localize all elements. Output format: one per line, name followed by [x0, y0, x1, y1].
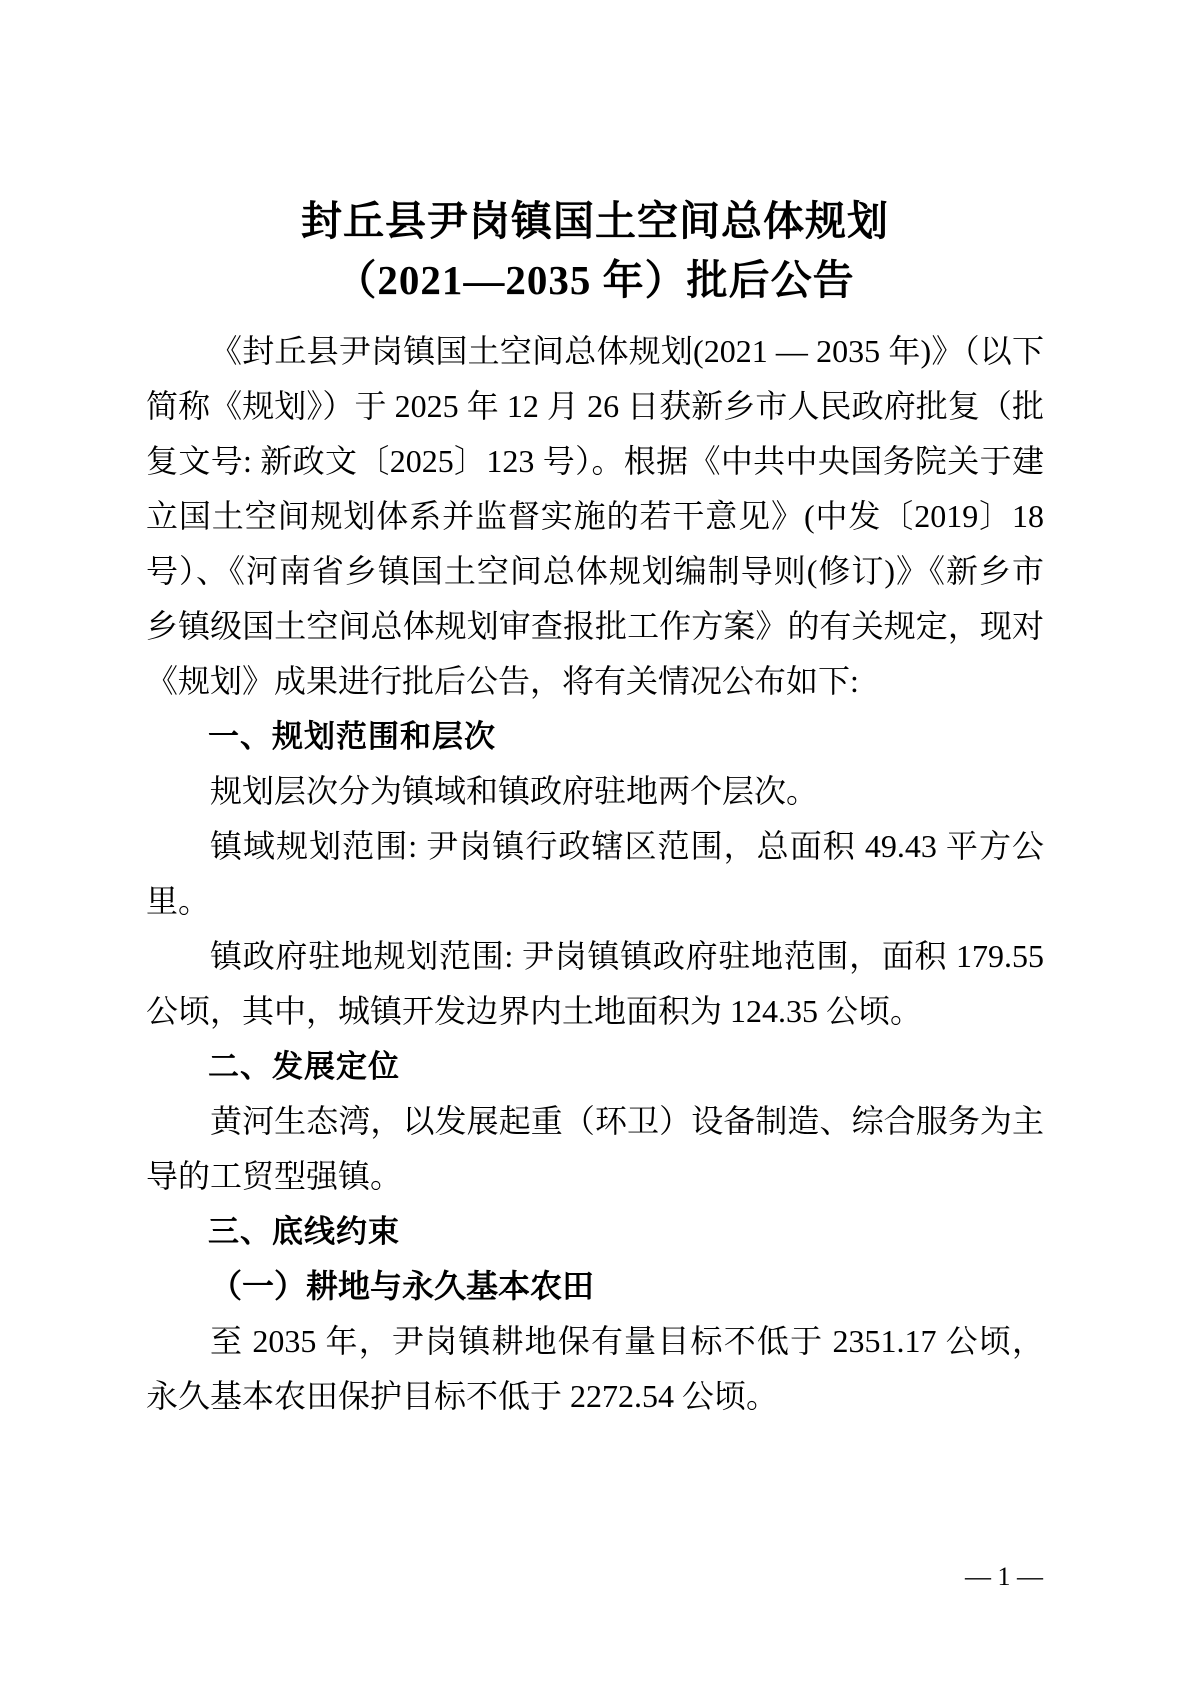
document-page: 封丘县尹岗镇国土空间总体规划 （2021—2035 年）批后公告 《封丘县尹岗镇…: [0, 0, 1190, 1683]
document-title-line2: （2021—2035 年）批后公告: [335, 257, 854, 303]
paragraph-development-position: 黄河生态湾，以发展起重（环卫）设备制造、综合服务为主导的工贸型强镇。: [146, 1094, 1044, 1204]
paragraph-seat-scope: 镇政府驻地规划范围: 尹岗镇镇政府驻地范围，面积 179.55 公顷，其中，城镇…: [146, 929, 1044, 1039]
paragraph-farmland-targets: 至 2035 年，尹岗镇耕地保有量目标不低于 2351.17 公顷，永久基本农田…: [146, 1314, 1044, 1424]
document-content: 封丘县尹岗镇国土空间总体规划 （2021—2035 年）批后公告 《封丘县尹岗镇…: [146, 192, 1044, 1424]
paragraph-town-scope: 镇域规划范围: 尹岗镇行政辖区范围，总面积 49.43 平方公里。: [146, 819, 1044, 929]
paragraph-intro: 《封丘县尹岗镇国土空间总体规划(2021 — 2035 年)》（以下简称《规划》…: [146, 324, 1044, 709]
document-title: 封丘县尹岗镇国土空间总体规划 （2021—2035 年）批后公告: [146, 192, 1044, 310]
section-heading-3: 三、底线约束: [146, 1204, 1044, 1259]
subsection-heading-farmland: （一）耕地与永久基本农田: [146, 1259, 1044, 1314]
document-title-line1: 封丘县尹岗镇国土空间总体规划: [301, 198, 889, 244]
section-heading-2: 二、发展定位: [146, 1039, 1044, 1094]
document-body: 《封丘县尹岗镇国土空间总体规划(2021 — 2035 年)》（以下简称《规划》…: [146, 324, 1044, 1424]
paragraph-planning-levels: 规划层次分为镇域和镇政府驻地两个层次。: [146, 764, 1044, 819]
page-number: — 1 —: [965, 1560, 1043, 1594]
section-heading-1: 一、规划范围和层次: [146, 709, 1044, 764]
